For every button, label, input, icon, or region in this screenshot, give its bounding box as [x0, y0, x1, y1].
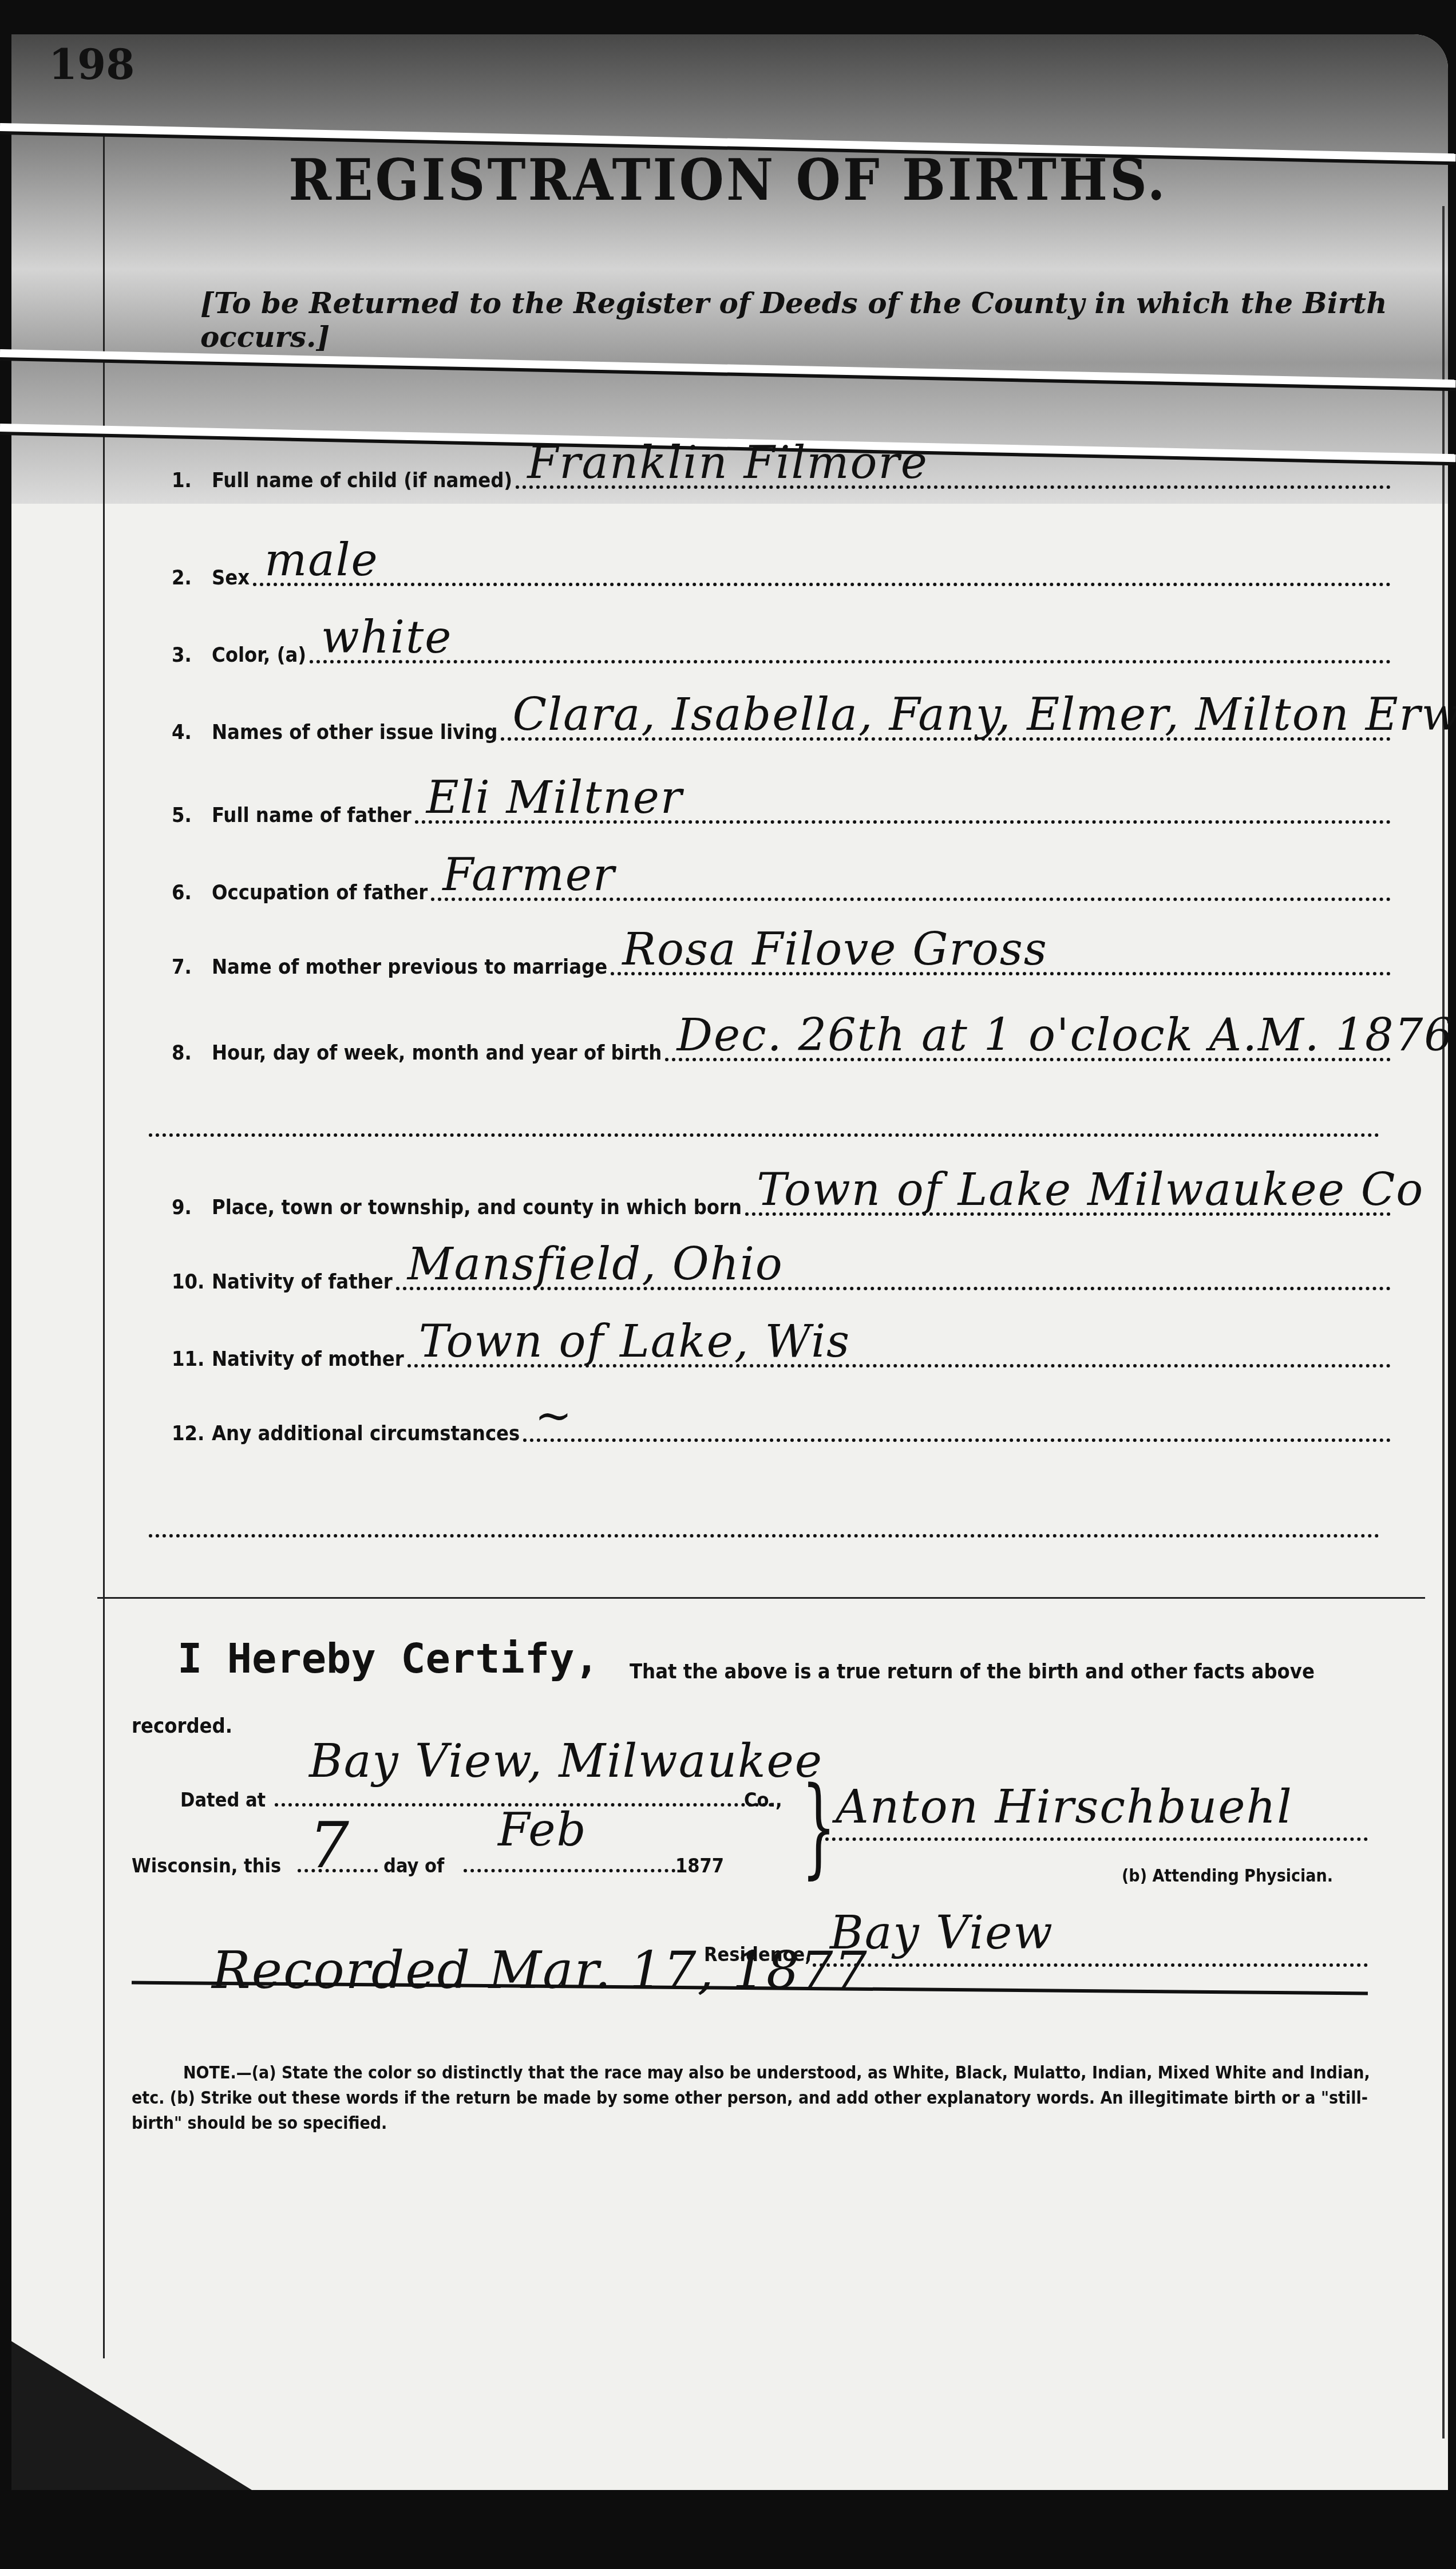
field-line: Dec. 26th at 1 o'clock A.M. 1876.: [665, 1052, 1391, 1061]
field-row: 1.Full name of child (if named)Franklin …: [172, 452, 1391, 492]
field-value: Mansfield, Ohio: [407, 1239, 784, 1290]
field-label: Full name of father: [212, 804, 412, 827]
field-row: 9.Place, town or township, and county in…: [172, 1179, 1391, 1219]
field-number: 7.: [172, 955, 212, 979]
field-number: 2.: [172, 566, 212, 590]
month-line: [464, 1869, 675, 1872]
field-line: Farmer: [431, 892, 1391, 901]
dated-at-label: Dated at: [180, 1789, 266, 1812]
field-value: Farmer: [442, 849, 615, 901]
day-value: 7: [309, 1809, 350, 1882]
field-value: white: [321, 612, 452, 663]
field-row: 3.Color, (a)white: [172, 627, 1391, 667]
right-margin-rule: [1442, 206, 1445, 2438]
certify-text-end: recorded.: [132, 1714, 232, 1738]
field-row: 2.Sexmale: [172, 550, 1391, 590]
form-title: REGISTRATION OF BIRTHS.: [0, 146, 1456, 214]
form-subtitle: [To be Returned to the Register of Deeds…: [200, 286, 1456, 354]
field-number: 3.: [172, 643, 212, 667]
field-number: 8.: [172, 1041, 212, 1065]
field-label: Color, (a): [212, 643, 306, 667]
field-row: 11.Nativity of motherTown of Lake, Wis: [172, 1331, 1391, 1371]
field-line: ~: [523, 1433, 1391, 1442]
field-value: Eli Miltner: [426, 772, 683, 824]
dated-at-value: Bay View, Milwaukee: [309, 1734, 823, 1788]
field-value: Town of Lake Milwaukee Co: [757, 1164, 1424, 1216]
field-label: Name of mother previous to marriage: [212, 955, 607, 979]
field-label: Hour, day of week, month and year of bir…: [212, 1041, 662, 1065]
certify-heading: I Hereby Certify,: [177, 1634, 599, 1682]
recorded-annotation: Recorded Mar. 17, 1877: [212, 1940, 868, 2001]
continuation-dotted-line: [149, 1133, 1379, 1137]
field-value: Franklin Filmore: [527, 437, 928, 489]
county-suffix: Co.,: [744, 1789, 782, 1812]
field-row: 4.Names of other issue livingClara, Isab…: [172, 704, 1391, 744]
field-label: Sex: [212, 566, 250, 590]
field-row: 6.Occupation of fatherFarmer: [172, 864, 1391, 904]
signature-line: [818, 1837, 1368, 1841]
field-number: 9.: [172, 1196, 212, 1219]
page-number: 198: [49, 40, 134, 89]
field-label: Names of other issue living: [212, 721, 497, 744]
field-line: Eli Miltner: [415, 815, 1391, 824]
field-line: Town of Lake Milwaukee Co: [745, 1207, 1391, 1216]
field-row: 7.Name of mother previous to marriageRos…: [172, 939, 1391, 979]
field-number: 11.: [172, 1347, 212, 1371]
field-line: white: [310, 654, 1391, 663]
field-label: Any additional circumstances: [212, 1422, 520, 1445]
field-number: 10.: [172, 1270, 212, 1294]
field-line: Rosa Filove Gross: [611, 966, 1391, 975]
field-value: Clara, Isabella, Fany, Elmer, Milton Erw…: [512, 689, 1456, 741]
year-value: 1877: [675, 1855, 724, 1878]
field-line: male: [253, 577, 1391, 586]
brace-glyph: }: [801, 1763, 836, 1890]
field-value: Dec. 26th at 1 o'clock A.M. 1876.: [676, 1010, 1456, 1061]
field-value: Rosa Filove Gross: [622, 924, 1048, 975]
field-line: Mansfield, Ohio: [396, 1281, 1391, 1290]
field-row: 5.Full name of fatherEli Miltner: [172, 787, 1391, 827]
field-number: 12.: [172, 1422, 212, 1445]
signature-role: (b) Attending Physician.: [1122, 1866, 1333, 1886]
day-of-label: day of: [383, 1855, 444, 1878]
residence-line: [813, 1963, 1368, 1967]
left-margin-rule: [103, 126, 105, 2358]
field-label: Place, town or township, and county in w…: [212, 1196, 742, 1219]
field-value: Town of Lake, Wis: [419, 1316, 850, 1368]
field-number: 6.: [172, 881, 212, 904]
wisconsin-this-label: Wisconsin, this: [132, 1855, 281, 1878]
certify-text: That the above is a true return of the b…: [630, 1660, 1315, 1683]
field-line: Clara, Isabella, Fany, Elmer, Milton Erw…: [501, 732, 1391, 741]
physician-signature: Anton Hirschbuehl: [836, 1780, 1293, 1833]
field-row: 8.Hour, day of week, month and year of b…: [172, 1025, 1391, 1065]
field-line: Franklin Filmore: [516, 480, 1391, 489]
month-value: Feb: [498, 1803, 587, 1856]
field-number: 1.: [172, 469, 212, 492]
continuation-dotted-line: [149, 1534, 1379, 1538]
form-footnote: NOTE.—(a) State the color so distinctly …: [132, 2061, 1374, 2136]
field-line: Town of Lake, Wis: [407, 1358, 1391, 1368]
field-label: Nativity of mother: [212, 1347, 404, 1371]
field-label: Nativity of father: [212, 1270, 393, 1294]
field-number: 5.: [172, 804, 212, 827]
field-value: ~: [535, 1390, 573, 1442]
field-number: 4.: [172, 721, 212, 744]
field-value: male: [264, 535, 379, 586]
field-row: 10.Nativity of fatherMansfield, Ohio: [172, 1254, 1391, 1294]
field-row: 12.Any additional circumstances~: [172, 1405, 1391, 1445]
field-label: Full name of child (if named): [212, 469, 512, 492]
field-label: Occupation of father: [212, 881, 428, 904]
section-divider: [97, 1597, 1425, 1599]
